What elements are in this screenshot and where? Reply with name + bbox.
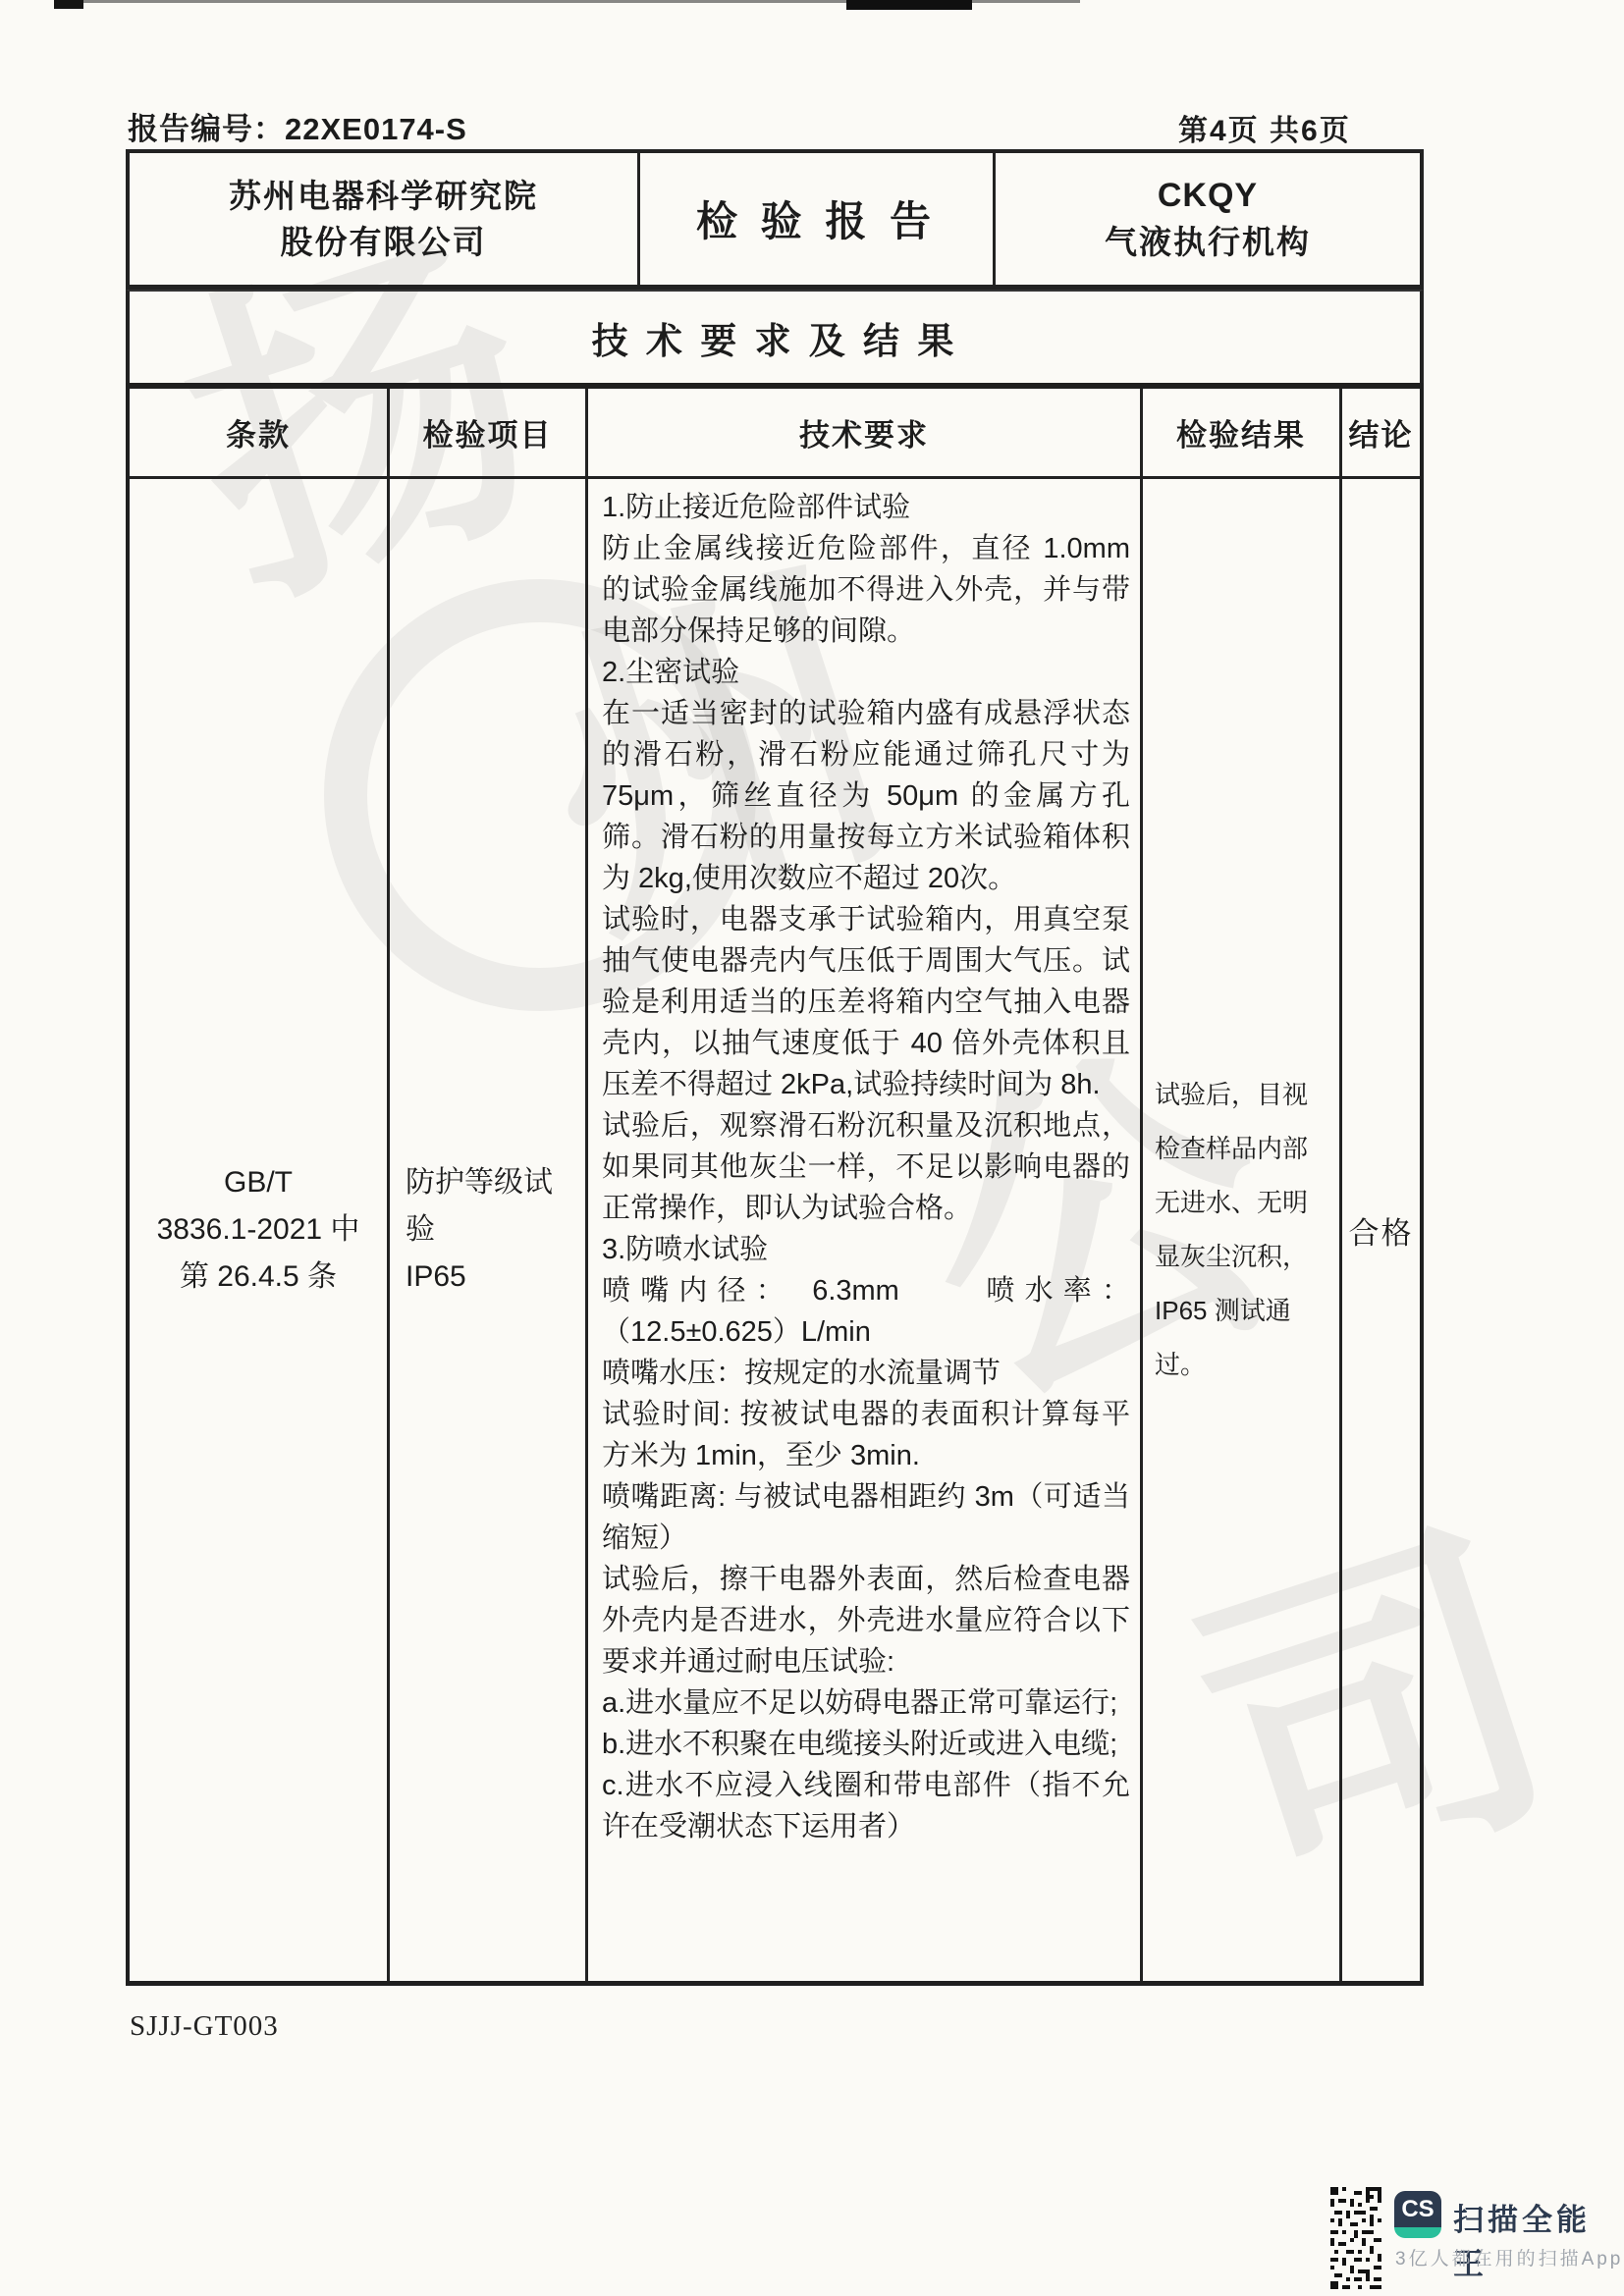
req-p: 1.防止接近危险部件试验 [602, 487, 1130, 528]
clause-line: 3836.1-2021 中 [157, 1206, 360, 1254]
conclusion-cell: 合格 [1339, 479, 1420, 1981]
conclusion-value: 合格 [1349, 1208, 1414, 1253]
req-p: 防止金属线接近危险部件，直径 1.0mm 的试验金属线施加不得进入外壳，并与带电… [602, 528, 1130, 652]
column-header-item: 检验项目 [387, 389, 585, 479]
camscanner-logo-strip [1394, 2227, 1441, 2238]
report-number: 报告编号：22XE0174-S [128, 104, 467, 148]
inspection-result-cell: 试验后，目视检查样品内部无进水、无明显灰尘沉积，IP65 测试通过。 [1140, 479, 1339, 1981]
form-code: SJJJ-GT003 [130, 2010, 279, 2043]
column-header-clause: 条款 [130, 389, 387, 479]
product-code: CKQY [1158, 172, 1258, 219]
column-header-result: 检验结果 [1140, 389, 1339, 479]
camscanner-logo-text: CS [1394, 2191, 1441, 2227]
inspection-item-cell: 防护等级试验IP65 [387, 479, 585, 1981]
clause-cell: GB/T3836.1-2021 中第 26.4.5 条 [130, 479, 387, 1981]
product-name: 气液执行机构 [1105, 219, 1311, 266]
section-title-band: 技 术 要 求 及 结 果 [126, 290, 1424, 383]
inspection-result-text: 试验后，目视检查样品内部无进水、无明显灰尘沉积，IP65 测试通过。 [1155, 1068, 1327, 1392]
organization-cell: 苏州电器科学研究院 股份有限公司 [130, 153, 637, 285]
req-p: 喷嘴距离: 与被试电器相距约 3m（可适当缩短） [602, 1476, 1130, 1559]
req-p: 3.防喷水试验 [602, 1229, 1130, 1270]
camscanner-tagline: 3亿人都在用的扫描App [1395, 2244, 1623, 2270]
clause-line: 第 26.4.5 条 [180, 1254, 337, 1301]
page-content: 报告编号：22XE0174-S 第4页 共6页 苏州电器科学研究院 股份有限公司… [0, 0, 1624, 2296]
req-p: 试验后，擦干电器外表面，然后检查电器外壳内是否进水，外壳进水量应符合以下要求并通… [602, 1559, 1130, 1682]
document-title: 检 验 报 告 [696, 189, 937, 248]
column-header-conclusion: 结论 [1339, 389, 1420, 479]
req-p: a.进水量应不足以妨碍电器正常可靠运行; [602, 1682, 1130, 1724]
column-header-requirement: 技术要求 [585, 389, 1140, 479]
scanned-report-page: 扬 州 公 司 报告编号：22XE0174-S 第4页 共6页 苏州电器科学研究… [0, 0, 1624, 2296]
report-number-label: 报告编号： [128, 112, 285, 146]
product-cell: CKQY 气液执行机构 [996, 153, 1420, 285]
req-p: 喷嘴水压：按规定的水流量调节 [602, 1353, 1130, 1394]
section-title: 技 术 要 求 及 结 果 [592, 311, 958, 364]
results-table: 条款 检验项目 技术要求 检验结果 结论 GB/T3836.1-2021 中第 … [126, 383, 1424, 1986]
document-title-cell: 检 验 报 告 [637, 153, 996, 285]
header-table: 苏州电器科学研究院 股份有限公司 检 验 报 告 CKQY 气液执行机构 [126, 149, 1424, 290]
qr-code-icon [1330, 2187, 1381, 2289]
scanner-brand-block: CS 扫描全能王 3亿人都在用的扫描App [1326, 2183, 1624, 2296]
organization-name-line2: 股份有限公司 [281, 219, 487, 265]
req-p: c.进水不应浸入线圈和带电部件（指不允许在受潮状态下运用者） [602, 1765, 1130, 1847]
item-line: 防护等级试验 [406, 1159, 575, 1254]
req-p: 2.尘密试验 [602, 652, 1130, 693]
clause-line: GB/T [224, 1159, 293, 1206]
technical-requirement-cell: 1.防止接近危险部件试验防止金属线接近危险部件，直径 1.0mm 的试验金属线施… [585, 479, 1140, 1981]
scan-edge-artifact [54, 0, 83, 9]
camscanner-logo-icon: CS [1394, 2191, 1441, 2238]
scan-edge-artifact [846, 0, 972, 10]
req-p: 试验后，观察滑石粉沉积量及沉积地点，如果同其他灰尘一样，不足以影响电器的正常操作… [602, 1105, 1130, 1229]
req-p: b.进水不积聚在电缆接头附近或进入电缆; [602, 1724, 1130, 1765]
organization-name-line1: 苏州电器科学研究院 [229, 173, 538, 219]
page-indicator: 第4页 共6页 [1178, 106, 1351, 149]
item-line: IP65 [406, 1254, 575, 1301]
report-number-value: 22XE0174-S [285, 112, 467, 146]
req-p: 喷嘴内径： 6.3mm 喷水率：（12.5±0.625）L/min [602, 1270, 1130, 1353]
req-p: 在一适当密封的试验箱内盛有成悬浮状态的滑石粉，滑石粉应能通过筛孔尺寸为 75μm… [602, 693, 1130, 899]
req-p: 试验时，电器支承于试验箱内，用真空泵抽气使电器壳内气压低于周围大气压。试验是利用… [602, 899, 1130, 1105]
req-p: 试验时间: 按被试电器的表面积计算每平方米为 1min，至少 3min. [602, 1394, 1130, 1476]
